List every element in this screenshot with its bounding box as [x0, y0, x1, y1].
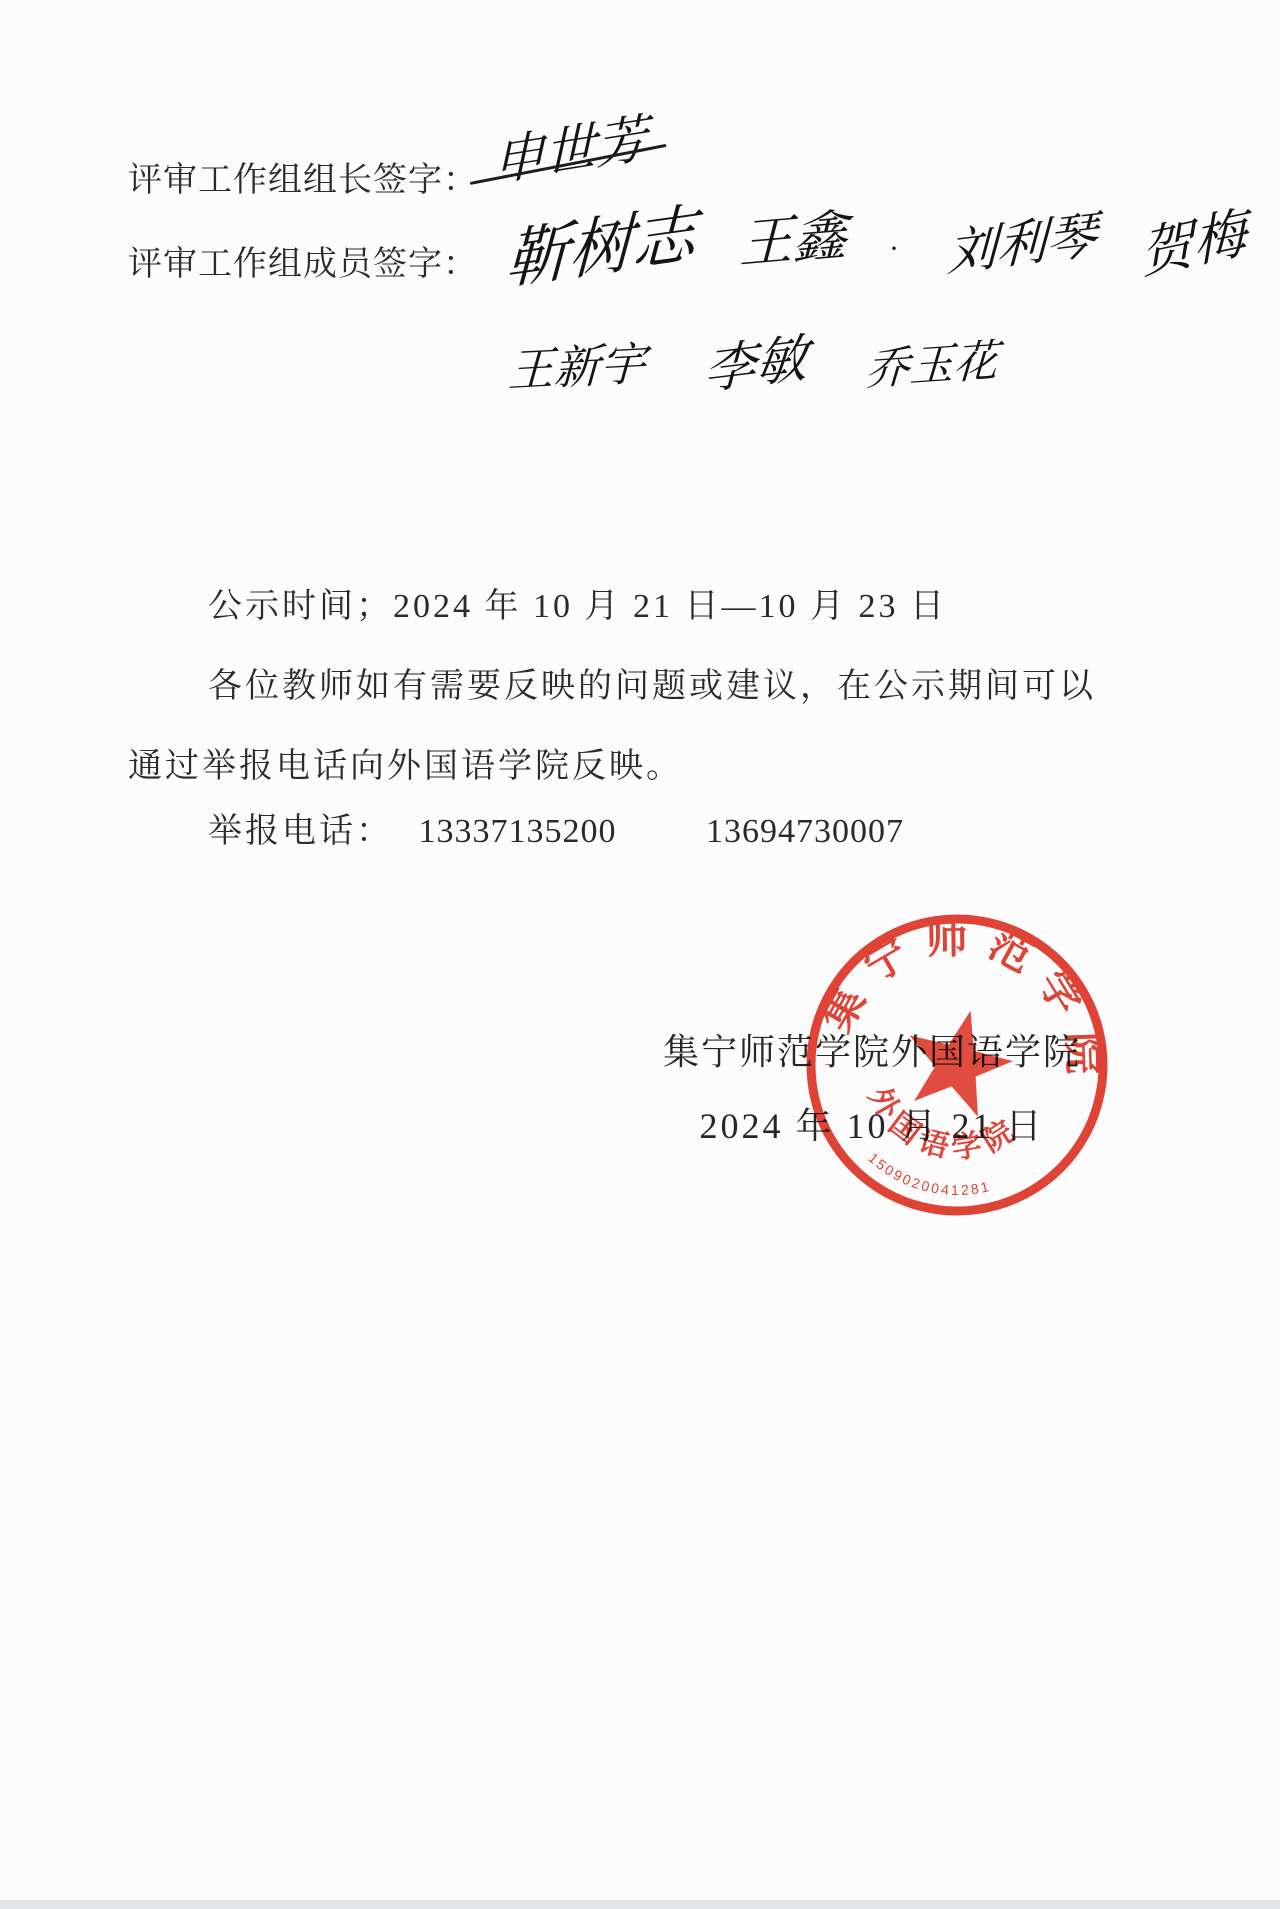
member-signature-6: 李敏 — [703, 315, 809, 404]
hotline-number-2: 13694730007 — [706, 813, 904, 850]
member-signature-2: 王鑫 — [739, 192, 848, 279]
ink-dot: · — [889, 232, 899, 266]
member-signature-1: 靳树志 — [504, 182, 697, 302]
member-signatures-row2: 王新宇 李敏 乔玉花 — [508, 322, 998, 397]
hotline-line: 举报电话： 13337135200 13694730007 — [208, 803, 904, 852]
official-seal-graphic: 集宁师范学院 外国语学院 1509020041281 — [797, 905, 1117, 1225]
member-signatures-row1: 靳树志 王鑫 · 刘利琴 贺梅 — [505, 196, 1247, 288]
leader-signature-label: 评审工作组组长签字： — [128, 152, 478, 201]
publicity-period-line: 公示时间；2024 年 10 月 21 日—10 月 23 日 — [208, 578, 947, 627]
official-seal: 集宁师范学院 外国语学院 1509020041281 — [797, 905, 1117, 1225]
notice-line-2: 通过举报电话向外国语学院反映。 — [128, 738, 683, 787]
hotline-label: 举报电话： — [208, 813, 393, 850]
seal-star-icon — [894, 998, 1022, 1122]
leader-handwritten-signature: 申世芳 — [492, 95, 647, 195]
member-signature-5: 王新宇 — [507, 327, 647, 400]
bottom-edge-shadow — [0, 1900, 1280, 1909]
member-signature-4: 贺梅 — [1137, 189, 1248, 289]
notice-line-1: 各位教师如有需要反映的问题或建议，在公示期间可以 — [208, 658, 1096, 707]
members-signature-label: 评审工作组成员签字： — [128, 236, 478, 285]
member-signature-3: 刘利琴 — [946, 194, 1097, 285]
document-page: 评审工作组组长签字： 评审工作组成员签字： 申世芳 靳树志 王鑫 · 刘利琴 贺… — [0, 0, 1280, 1909]
hotline-number-1: 13337135200 — [419, 813, 617, 850]
member-signature-7: 乔玉花 — [864, 324, 999, 398]
